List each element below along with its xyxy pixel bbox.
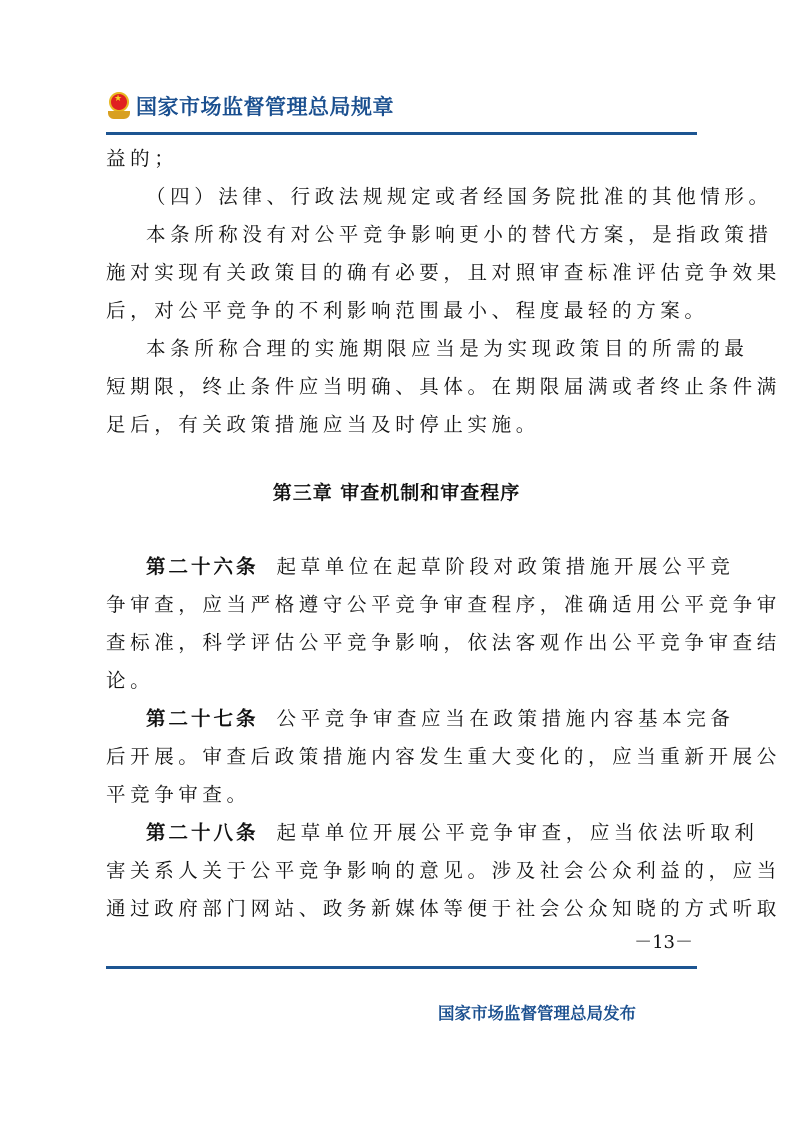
document-body: 益的； （四）法律、行政法规规定或者经国务院批准的其他情形。 本条所称没有对公平… bbox=[106, 140, 697, 444]
text-line: （四）法律、行政法规规定或者经国务院批准的其他情形。 bbox=[106, 178, 697, 216]
header-divider bbox=[106, 132, 697, 135]
article-text: 起草单位在起草阶段对政策措施开展公平竞 bbox=[277, 555, 735, 578]
text-line: 查标准，科学评估公平竞争影响，依法客观作出公平竞争审查结 bbox=[106, 624, 697, 662]
article-label: 第二十八条 bbox=[146, 821, 259, 844]
text-line: 本条所称没有对公平竞争影响更小的替代方案，是指政策措 bbox=[106, 216, 697, 254]
article-28: 第二十八条起草单位开展公平竞争审查，应当依法听取利 bbox=[106, 814, 697, 852]
page-header: ★ 国家市场监督管理总局规章 bbox=[106, 88, 394, 124]
national-emblem-icon: ★ bbox=[106, 91, 132, 121]
text-line: 足后，有关政策措施应当及时停止实施。 bbox=[106, 406, 697, 444]
text-line: 害关系人关于公平竞争影响的意见。涉及社会公众利益的，应当 bbox=[106, 852, 697, 890]
text-line: 后，对公平竞争的不利影响范围最小、程度最轻的方案。 bbox=[106, 292, 697, 330]
chapter-heading: 第三章 审查机制和审查程序 bbox=[0, 478, 793, 505]
text-line: 短期限，终止条件应当明确、具体。在期限届满或者终止条件满 bbox=[106, 368, 697, 406]
text-line: 论。 bbox=[106, 662, 697, 700]
page-number: －13－ bbox=[634, 928, 693, 954]
article-text: 起草单位开展公平竞争审查，应当依法听取利 bbox=[277, 821, 759, 844]
article-27: 第二十七条公平竞争审查应当在政策措施内容基本完备 bbox=[106, 700, 697, 738]
footer-publisher: 国家市场监督管理总局发布 bbox=[438, 1000, 636, 1024]
article-label: 第二十七条 bbox=[146, 707, 259, 730]
text-line: 本条所称合理的实施期限应当是为实现政策目的所需的最 bbox=[106, 330, 697, 368]
articles: 第二十六条起草单位在起草阶段对政策措施开展公平竞 争审查，应当严格遵守公平竞争审… bbox=[106, 548, 697, 928]
article-label: 第二十六条 bbox=[146, 555, 259, 578]
footer-divider bbox=[106, 966, 697, 969]
header-title: 国家市场监督管理总局规章 bbox=[136, 91, 394, 121]
text-line: 平竞争审查。 bbox=[106, 776, 697, 814]
article-26: 第二十六条起草单位在起草阶段对政策措施开展公平竞 bbox=[106, 548, 697, 586]
text-line: 争审查，应当严格遵守公平竞争审查程序，准确适用公平竞争审 bbox=[106, 586, 697, 624]
text-line: 益的； bbox=[106, 140, 697, 178]
text-line: 通过政府部门网站、政务新媒体等便于社会公众知晓的方式听取 bbox=[106, 890, 697, 928]
text-line: 施对实现有关政策目的确有必要，且对照审查标准评估竞争效果 bbox=[106, 254, 697, 292]
article-text: 公平竞争审查应当在政策措施内容基本完备 bbox=[277, 707, 735, 730]
text-line: 后开展。审查后政策措施内容发生重大变化的，应当重新开展公 bbox=[106, 738, 697, 776]
